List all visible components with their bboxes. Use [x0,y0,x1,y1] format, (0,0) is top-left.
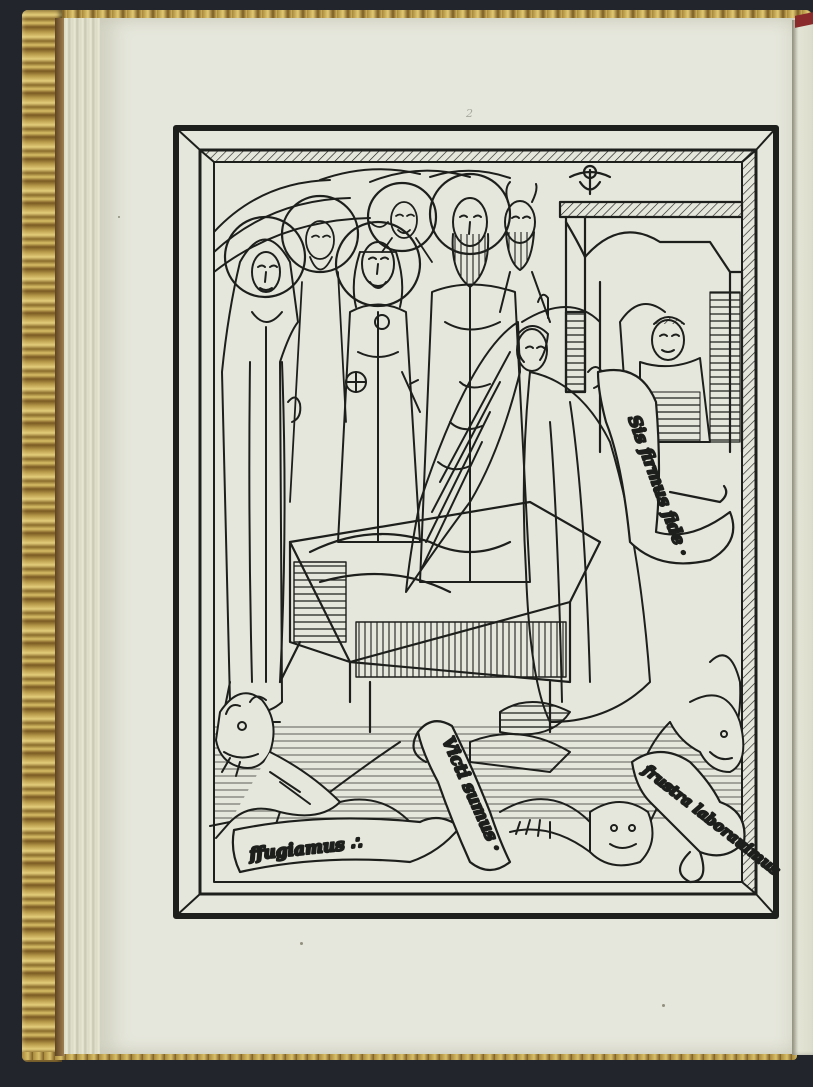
foxing-spot [118,216,120,218]
deathbed [280,502,600,732]
folio-number: 2 [466,107,473,120]
background-saint-figure [290,221,346,502]
facing-page-gutter [792,20,813,1055]
woodcut-illustration: Sis firmus fide · ffugiamus ∴ Victi sumu [170,122,782,922]
saint-middle-figure [382,202,432,262]
christ-figure [338,242,420,542]
foxing-spot [300,942,303,945]
demon-banderole-1: ffugiamus ∴ [233,818,460,872]
virgin-mary-figure [222,240,300,723]
book-spread: 2 [0,0,813,1087]
page-edges-stack [64,18,104,1054]
foxing-spot [662,1004,665,1007]
